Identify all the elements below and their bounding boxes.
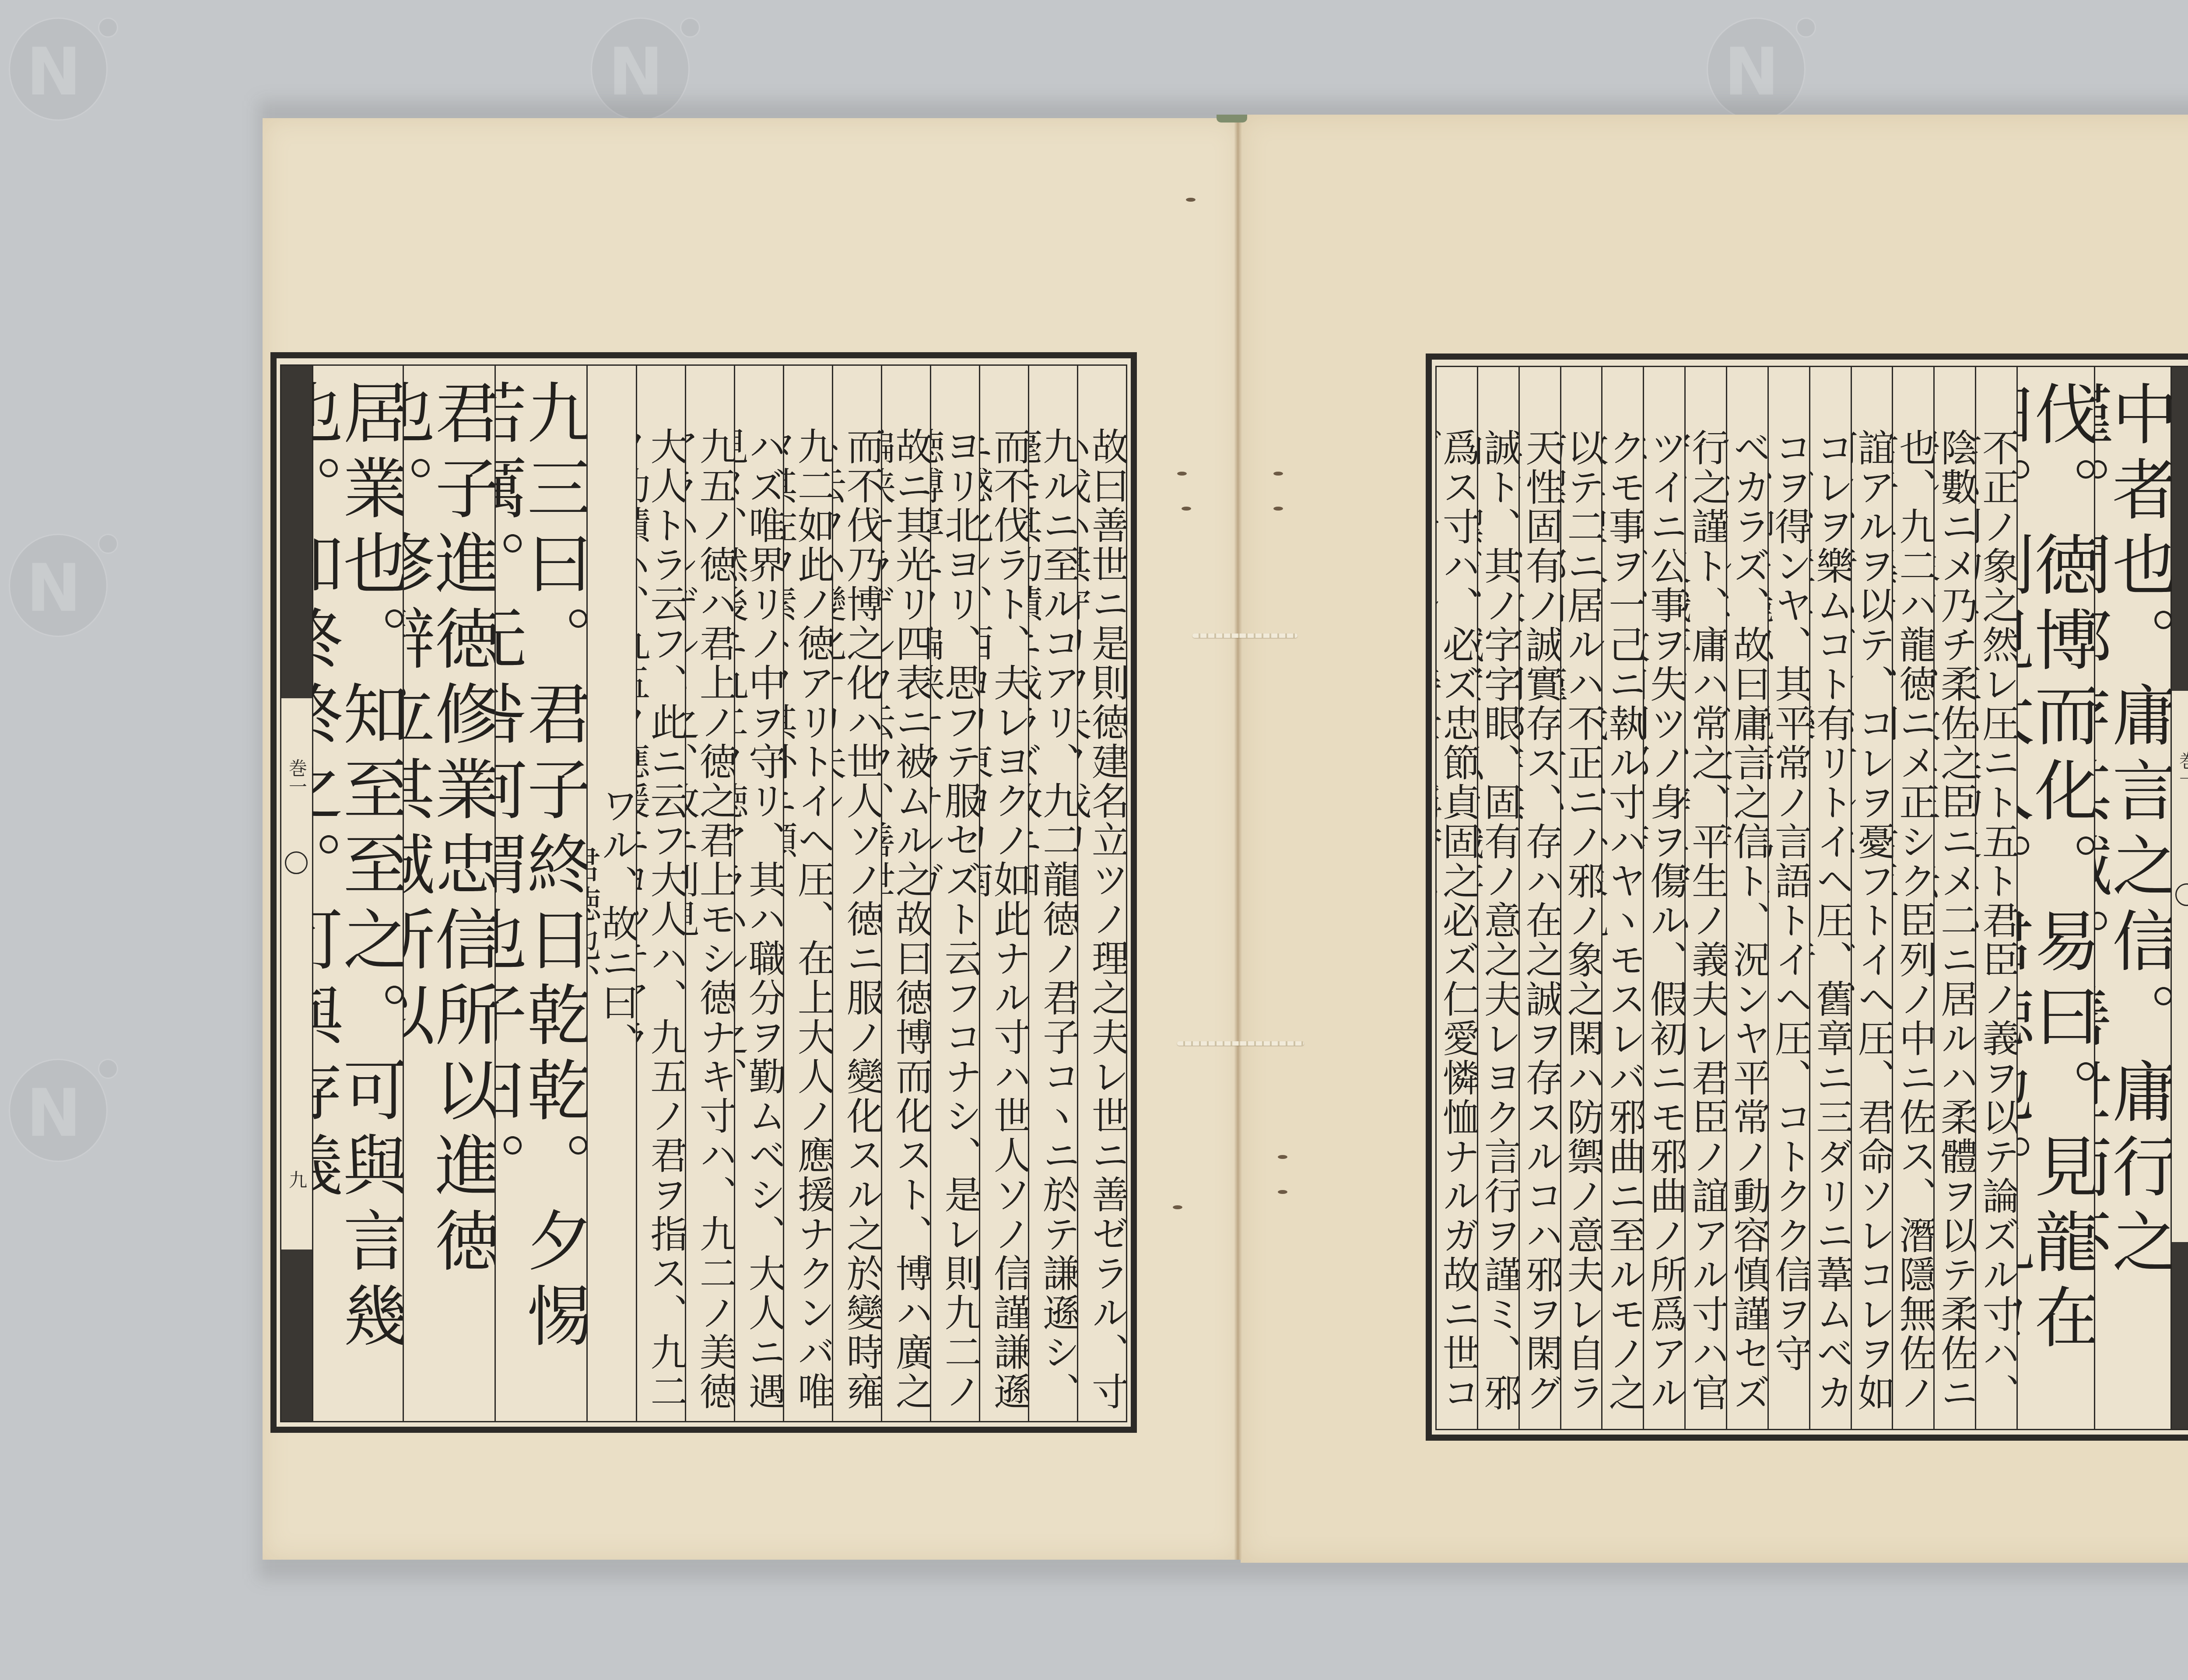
main-text-column: 伐。徳博而化。易曰。見龍在田。利見大人。君徳也。九ヨ以テ二ニ居ル八、 xyxy=(2016,367,2094,1429)
stitch-hole xyxy=(1278,1155,1287,1159)
text-column: 九二如此ノ徳アリトイヘ圧、在上大人ノ應援ナクンバ唯タ其佐ヲ素トノ其外ニ願 xyxy=(783,366,832,1421)
fish-tail-notch xyxy=(2175,883,2188,906)
text-column: ベカラズ、故曰庸言之信ト、況ンヤ平常ノ動容慎謹セズンバアルベカラズ故曰庸 xyxy=(1726,367,1767,1429)
main-text-column: 居業也。知至至之。可與言幾也。知終終之。可與存義 xyxy=(312,366,403,1421)
volume-label: 巻一 xyxy=(2172,704,2188,835)
text-column: コレヲ樂ムコト有リトイヘ圧、舊章ニ三ダリニ葦ムベカラズ、豈ニソノ樂ムトコロヲ行フ xyxy=(1809,367,1851,1429)
text-column: 以テ二ニ居ルハ不正ニノ邪ノ象之閑ハ防禦ノ意夫レ自ラ防禦ノ邪曲ヲ謹ム寸ハ xyxy=(1560,367,1602,1429)
main-text-column: 九三曰。君子終日乾乾。夕惕若厲。无咎何謂也子曰。 xyxy=(494,366,586,1421)
text-column: 九ルニ至ルコアリ、九二龍徳ノ君子コヽニ於テ謙遜シ、毫モ其功績ニ伐ラズ故ニ曰 xyxy=(1028,366,1077,1421)
right-page-margin: 巻一 xyxy=(2170,367,2188,1429)
text-column: 爲ス寸ハ、必ズ忠節貞固之必ズ仁愛憐恤ナルガ故ニ世コゾツテコレヲ善士ト稱誉ス xyxy=(1437,367,1477,1429)
fish-tail-bottom xyxy=(281,1249,312,1421)
text-column: 九五ノ徳ハ君上ノ徳之君上モシ徳ナキ寸ハ、九二ノ美徳アラハレザルヽ之、故ニ利見 xyxy=(685,366,734,1421)
stitch-hole xyxy=(1173,1205,1182,1209)
binding-thread xyxy=(1177,1041,1304,1046)
text-column: ハズ唯界リノ中ヲ守リ、其ハ職分ヲ勤ムベシ、大人ニ遇見メ、然後ニ九二ノ徳アラハルヽ… xyxy=(734,366,783,1421)
text-column: 也、九二ハ龍徳ニメ正シク臣列ノ中ニ佐ス、潛隱無佐ノ君子ニ異ナリ、固ヨリ君臣ノ xyxy=(1892,367,1933,1429)
left-page-columns: 故曰善世ニ是則徳建名立ツノ理之夫レ世ニ善ゼラル、寸ハ或ハ其守リヲ失ノ伐リ 九ルニ… xyxy=(312,366,1126,1421)
text-column: 大人トラ云フ、此ニ云フ大人ハ、九五ノ君ヲ指ス、九二ノ功績ハ、九五ノ應援ニヨッテア… xyxy=(636,366,685,1421)
fish-tail-top xyxy=(2172,367,2188,691)
fish-tail-bottom xyxy=(2172,1242,2188,1429)
text-column: 誼アルヲ以テ、コレヲ憂フトイヘ圧、君命ソレコレヲ如何ン、行ハズンバ有ルベカラズ、 xyxy=(1851,367,1892,1429)
stitch-hole xyxy=(1182,507,1191,511)
text-column: 故曰善世ニ是則徳建名立ツノ理之夫レ世ニ善ゼラル、寸ハ或ハ其守リヲ失ノ伐リ xyxy=(1077,366,1126,1421)
text-subcolumn: ワル、故ニ曰、 xyxy=(598,366,636,1421)
spine-cover-tab xyxy=(1217,115,1247,122)
text-column-split: ワル、故ニ曰、 君徳也、 xyxy=(586,366,635,1421)
text-column: ツイニ公事ヲ失ツノ身ヲ傷ル、假初ニモ邪曲ノ所爲アルベカラズ、故曰閑邪ト若 xyxy=(1643,367,1684,1429)
text-column: 不正ノ象之然レ圧ニト五ト君臣ノ義ヲ以テ論ズル寸ハ、君ハ剛物ニノ臣ハ柔物之ニハ xyxy=(1975,367,2016,1429)
text-column: コヲ得ンヤ、其平常ノ言語トイヘ圧、コトクク信ヲ守リ、聊モ麁忽ノ説話ヲ爲ス xyxy=(1767,367,1809,1429)
stitch-hole xyxy=(1278,1190,1287,1194)
watermark-logo: N xyxy=(0,0,123,122)
main-text-column: 中者也。庸言之信。庸行之謹。閑邪存其誠。善世而不 xyxy=(2094,367,2172,1429)
left-page-margin: 巻一 九 xyxy=(281,366,313,1421)
stitch-hole xyxy=(1186,198,1196,202)
fish-tail-top xyxy=(281,366,312,698)
text-column: 而不伐乃博之化ハ世人ソノ徳ニ服ノ變化スル之於變時雍ト云フハ變化ナリ夫レ xyxy=(832,366,881,1421)
text-column: 天性固有ノ誠實存ス、存ハ在之誠ヲ存スルコハ邪ヲ閑グニアリ、故曰閑邪存其 xyxy=(1518,367,1560,1429)
right-page-text-frame: 巻一 中者也。庸言之信。庸行之謹。閑邪存其誠。善世而不 伐。徳博而化。易曰。見龍… xyxy=(1426,353,2188,1441)
right-page-columns: 中者也。庸言之信。庸行之謹。閑邪存其誠。善世而不 伐。徳博而化。易曰。見龍在田。… xyxy=(1437,367,2172,1429)
left-page-text-frame: 巻一 九 故曰善世ニ是則徳建名立ツノ理之夫レ世ニ善ゼラル、寸ハ或ハ其守リヲ失ノ伐… xyxy=(270,352,1137,1433)
main-text-column: 君子進徳修業忠信所以進徳也。修辭立其誠所以 xyxy=(403,366,494,1421)
fish-tail-notch xyxy=(285,851,308,874)
watermark-logo: N xyxy=(0,1041,123,1164)
stitch-hole xyxy=(1273,507,1283,511)
stitch-hole xyxy=(1177,472,1187,476)
text-column: ヨリ北ヨリ、思フテ服セズト云フコナシ、是レ則九二ノ徳博厚ニノ偏狭ナラサルガ xyxy=(930,366,979,1421)
page-number: 九 xyxy=(281,1153,312,1206)
binding-spine xyxy=(1234,120,1242,1560)
text-column: 而不伐ラト、夫レヨクノ如此ナル寸ハ世人ソノ信謹謙遜ニ感化シ、西ヨリ東ヨリ南 xyxy=(979,366,1028,1421)
stitch-hole xyxy=(1273,472,1283,476)
text-column: 行之謹ト、庸ハ常之、平生ノ義夫レ君臣ノ誼アル寸ハ官守アリ又職事アリ、僻ニ守ハ xyxy=(1684,367,1726,1429)
text-column: クモ事ヲ一己ニ執ル寸ハヤヽモスレバ邪曲ニ至ルモノ之故ニ聖人コレヲ戒ム、卦象九ヲ xyxy=(1601,367,1643,1429)
watermark-logo: N xyxy=(0,516,123,639)
volume-label: 巻一 xyxy=(281,711,312,843)
text-column: 故ニ其光リ四表ニ被ムル之故曰徳博而化スト、博ハ廣之偏狭ナラザルヲ云フ、善世 xyxy=(881,366,930,1421)
text-column: 陰數ニメ乃チ柔佐之臣ニメ二ニ居ルハ柔體ヲ以テ柔佐ニ居ルノ象アリ、故ニ正ト云フ xyxy=(1933,367,1975,1429)
binding-thread xyxy=(1192,633,1297,638)
text-column: 誠ト、其ノ字字眼、固有ノ意之夫レヨク言行ヲ謹ミ、邪曲ヲ禦ギ、誠實ヲ以テ職事ヲ xyxy=(1477,367,1518,1429)
